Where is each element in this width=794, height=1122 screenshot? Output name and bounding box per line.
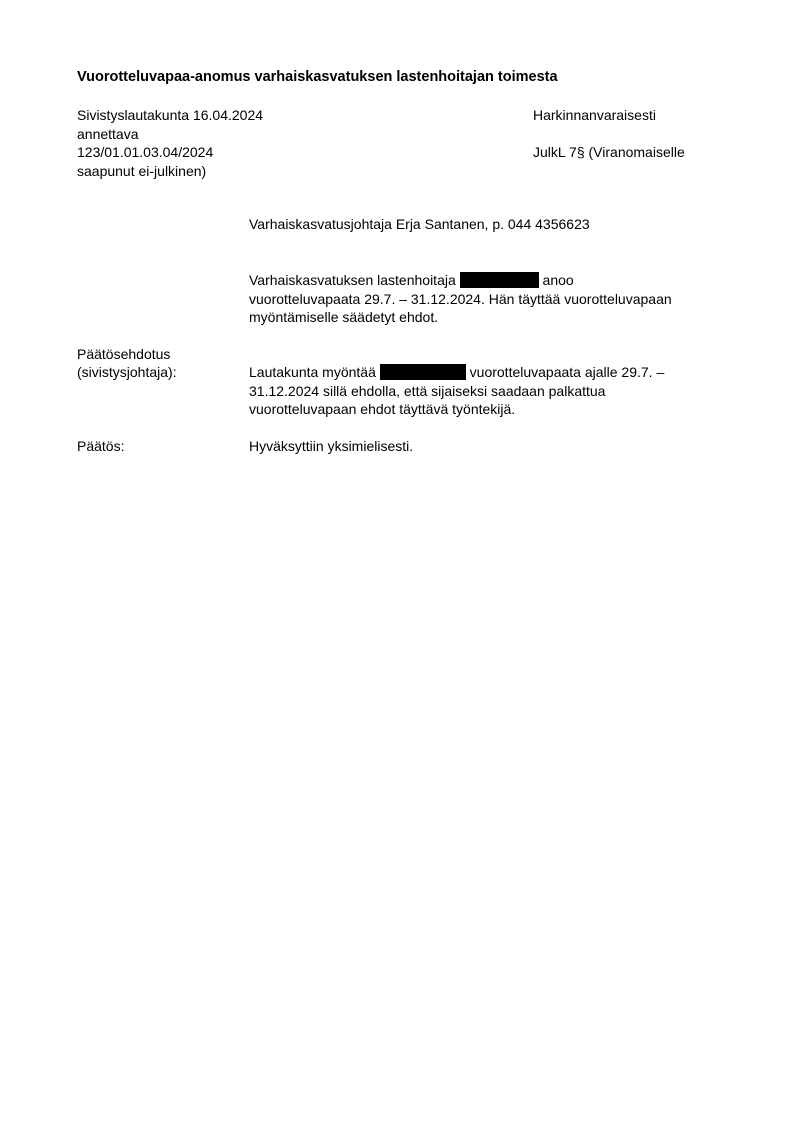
decision-text: Hyväksyttiin yksimielisesti.: [249, 437, 413, 456]
proposal-line3: vuorotteluvapaan ehdot täyttävä työnteki…: [249, 400, 515, 419]
discretion-label: Harkinnanvaraisesti: [533, 106, 656, 125]
document-title: Vuorotteluvapaa-anomus varhaiskasvatukse…: [77, 68, 558, 87]
record-status: saapunut ei-julkinen): [77, 162, 206, 181]
meeting-info-line2: annettava: [77, 125, 139, 144]
redacted-name: [380, 364, 466, 380]
meeting-info: Sivistyslautakunta 16.04.2024: [77, 106, 263, 125]
description-line3: myöntämiselle säädetyt ehdot.: [249, 308, 438, 327]
redacted-name: [460, 272, 539, 288]
description-line1: Varhaiskasvatuksen lastenhoitaja anoo: [249, 271, 574, 290]
proposal-label: Päätösehdotus: [77, 345, 170, 364]
decision-label: Päätös:: [77, 437, 124, 456]
description-line2: vuorotteluvapaata 29.7. – 31.12.2024. Hä…: [249, 290, 672, 309]
proposal-line2: 31.12.2024 sillä ehdolla, että sijaiseks…: [249, 382, 605, 401]
confidentiality-label: JulkL 7§ (Viranomaiselle: [533, 143, 685, 162]
record-number: 123/01.01.03.04/2024: [77, 143, 213, 162]
contact-info: Varhaiskasvatusjohtaja Erja Santanen, p.…: [249, 215, 590, 234]
proposal-line1: Lautakunta myöntää vuorotteluvapaata aja…: [249, 363, 664, 382]
proposal-label-line2: (sivistysjohtaja):: [77, 363, 177, 382]
